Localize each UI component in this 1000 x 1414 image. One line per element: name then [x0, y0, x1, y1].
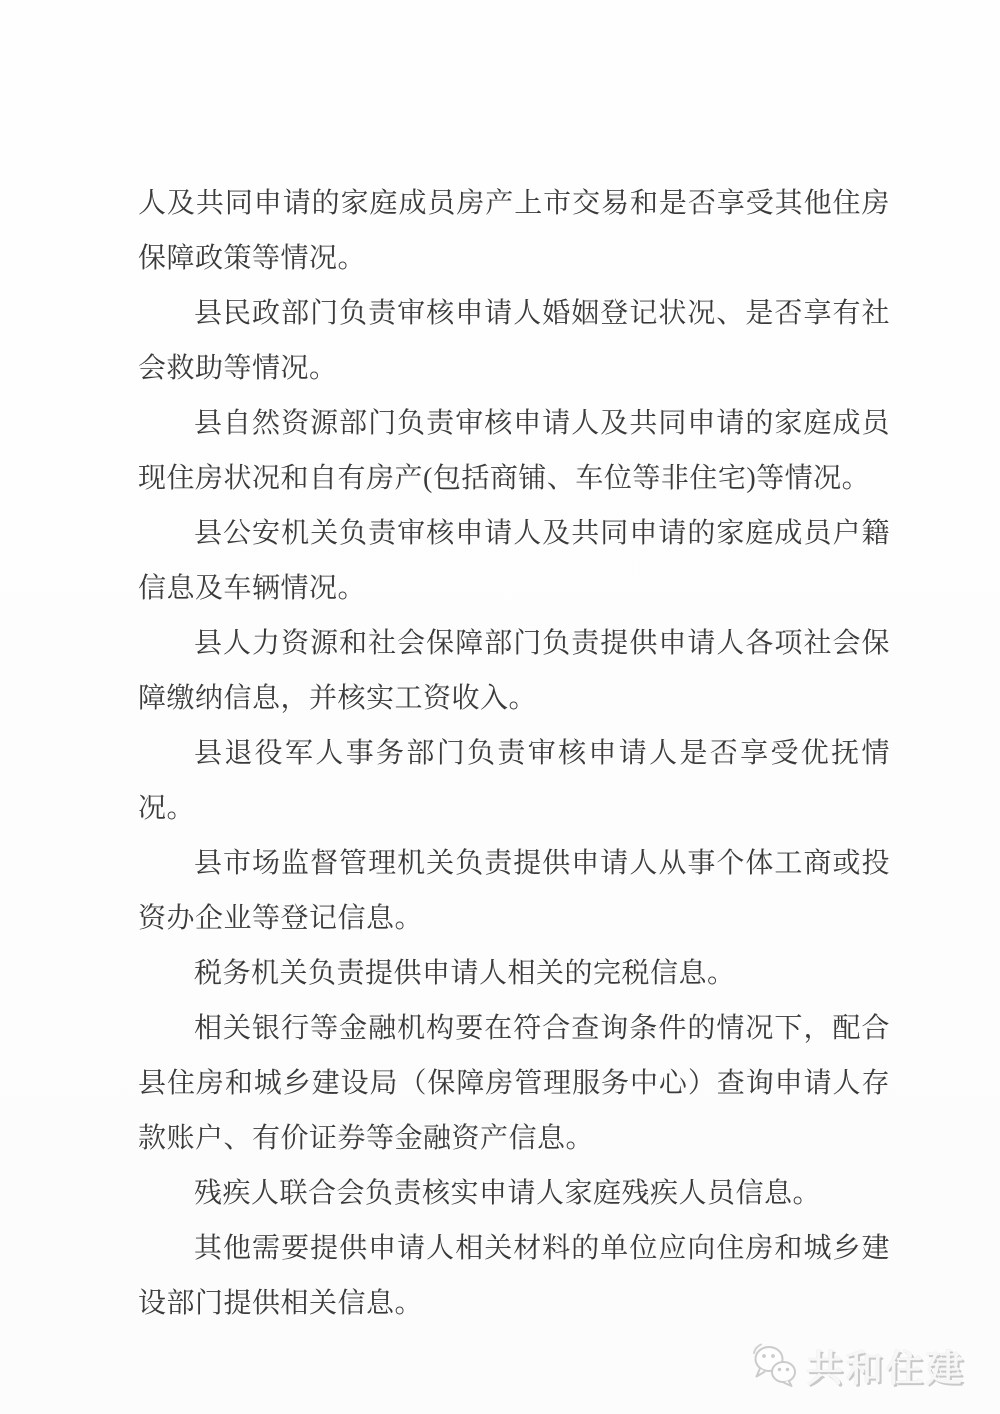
paragraph: 县退役军人事务部门负责审核申请人是否享受优抚情况。 [138, 726, 890, 836]
watermark-label: 共和住建 [806, 1338, 966, 1392]
wechat-icon [749, 1342, 799, 1388]
paragraph: 县市场监督管理机关负责提供申请人从事个体工商或投资办企业等登记信息。 [138, 836, 890, 946]
paragraph: 县民政部门负责审核申请人婚姻登记状况、是否享有社会救助等情况。 [138, 286, 890, 396]
watermark: 共和住建 [749, 1338, 966, 1392]
paragraph: 县自然资源部门负责审核申请人及共同申请的家庭成员现住房状况和自有房产(包括商铺、… [138, 396, 890, 506]
paragraph: 其他需要提供申请人相关材料的单位应向住房和城乡建设部门提供相关信息。 [138, 1221, 890, 1331]
paragraph: 县人力资源和社会保障部门负责提供申请人各项社会保障缴纳信息，并核实工资收入。 [138, 616, 890, 726]
paragraph: 县公安机关负责审核申请人及共同申请的家庭成员户籍信息及车辆情况。 [138, 506, 890, 616]
paragraph: 残疾人联合会负责核实申请人家庭残疾人员信息。 [138, 1166, 890, 1221]
paragraph: 人及共同申请的家庭成员房产上市交易和是否享受其他住房保障政策等情况。 [138, 176, 890, 286]
paragraph: 税务机关负责提供申请人相关的完税信息。 [138, 946, 890, 1001]
paragraph: 相关银行等金融机构要在符合查询条件的情况下，配合县住房和城乡建设局（保障房管理服… [138, 1001, 890, 1166]
document-body: 人及共同申请的家庭成员房产上市交易和是否享受其他住房保障政策等情况。县民政部门负… [138, 176, 890, 1331]
document-page: 人及共同申请的家庭成员房产上市交易和是否享受其他住房保障政策等情况。县民政部门负… [0, 0, 1000, 1414]
